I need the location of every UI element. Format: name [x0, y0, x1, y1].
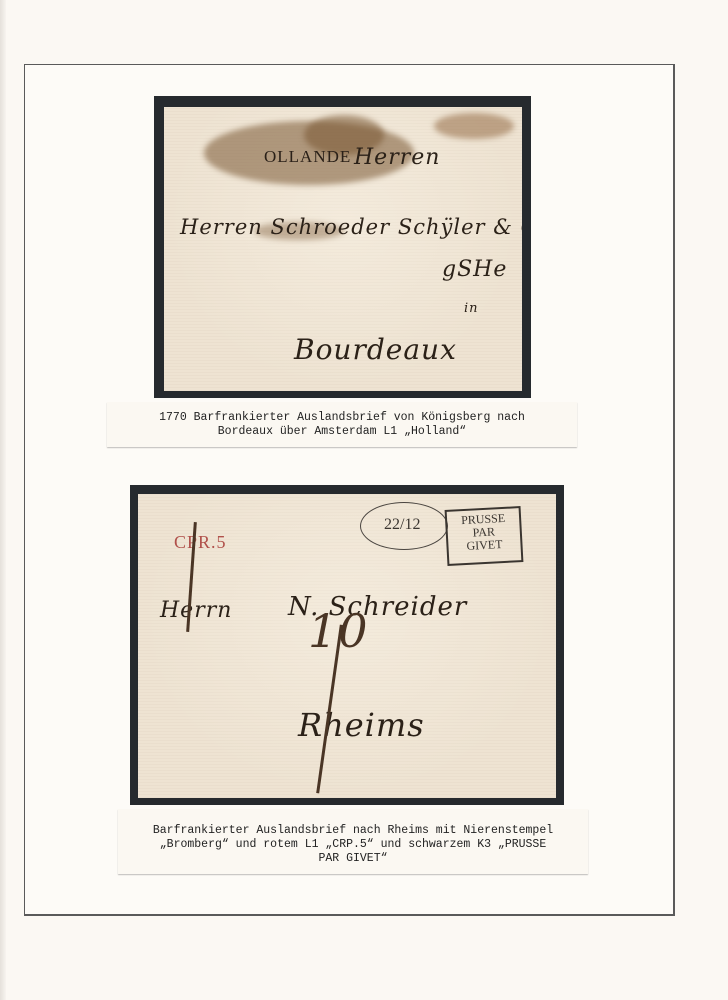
oval-stamp-date: 22/12	[384, 516, 420, 534]
cpr5-red-stamp: CPR.5	[174, 532, 227, 553]
address-line: in	[464, 301, 479, 316]
prusse-par-givet-box-stamp: PRUSSE PAR GIVET	[445, 506, 524, 566]
cover-1-mount: OLLANDE Herren Herren Schroeder Schÿler …	[154, 96, 531, 398]
address-line: Herren	[354, 145, 440, 170]
caption-line: „Bromberg“ und rotem L1 „CRP.5“ und schw…	[118, 838, 588, 852]
caption-line: PAR GIVET“	[118, 852, 588, 866]
caption-line: 1770 Barfrankierter Auslandsbrief von Kö…	[107, 411, 577, 425]
cover-1-image[interactable]: OLLANDE Herren Herren Schroeder Schÿler …	[164, 107, 522, 391]
cover-2-caption: Barfrankierter Auslandsbrief nach Rheims…	[118, 809, 588, 874]
address-line: gSHe	[442, 257, 507, 282]
ink-stain	[434, 113, 514, 139]
address-line: Herren Schroeder Schÿler & Co	[180, 215, 522, 239]
cover-2-mount: CPR.5 22/12 PRUSSE PAR GIVET Herrn N. Sc…	[130, 485, 564, 805]
address-line: Herrn	[160, 598, 232, 623]
cover-2-image[interactable]: CPR.5 22/12 PRUSSE PAR GIVET Herrn N. Sc…	[138, 494, 556, 798]
caption-line: Bordeaux über Amsterdam L1 „Holland“	[107, 425, 577, 439]
page-edge	[0, 0, 6, 1000]
caption-line: Barfrankierter Auslandsbrief nach Rheims…	[118, 824, 588, 838]
box-stamp-line: GIVET	[448, 537, 521, 554]
address-line: Bourdeaux	[294, 333, 457, 366]
address-line: Rheims	[298, 706, 425, 744]
ollande-handstamp: OLLANDE	[264, 147, 351, 167]
cover-1-caption: 1770 Barfrankierter Auslandsbrief von Kö…	[107, 402, 577, 447]
